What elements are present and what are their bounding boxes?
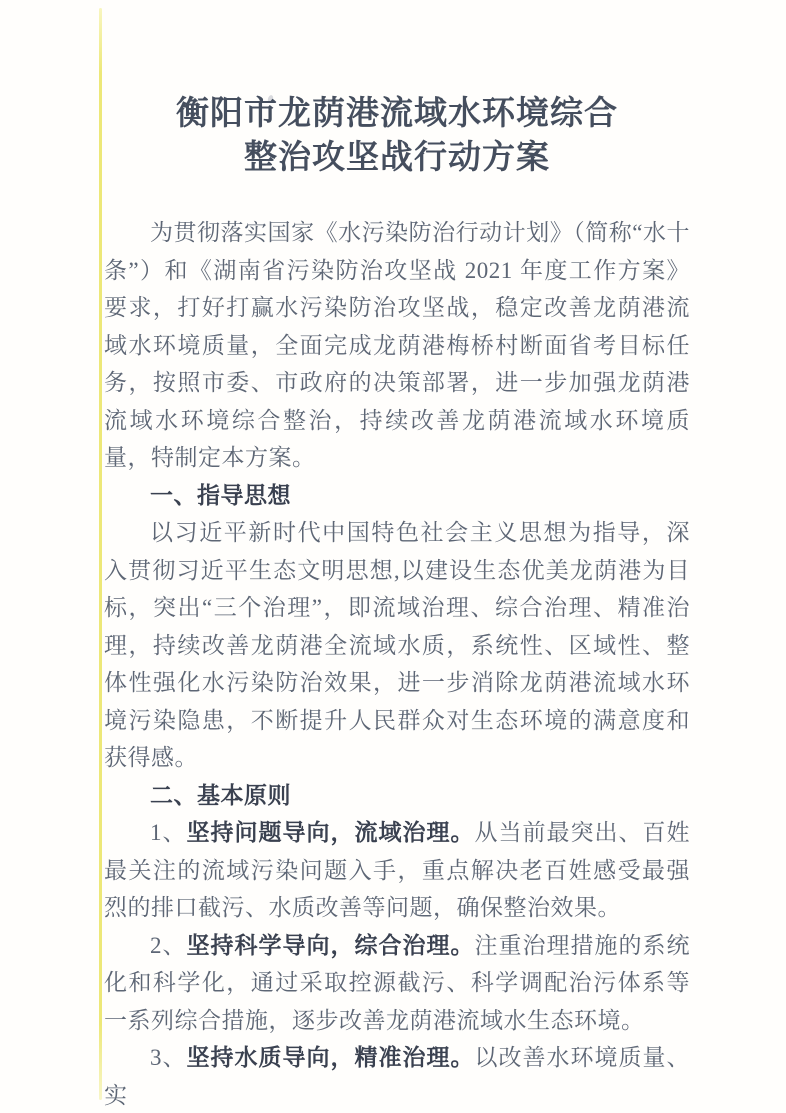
document-content: 衡阳市龙荫港流域水环境综合 整治攻坚战行动方案 为贯彻落实国家《水污染防治行动计… xyxy=(104,92,690,1113)
document-page: 衡阳市龙荫港流域水环境综合 整治攻坚战行动方案 为贯彻落实国家《水污染防治行动计… xyxy=(0,0,786,1113)
document-body: 为贯彻落实国家《水污染防治行动计划》（简称“水十条”）和《湖南省污染防治攻坚战 … xyxy=(104,214,690,1113)
text-run: 3、 xyxy=(150,1045,187,1070)
text-run: 1、 xyxy=(150,820,187,845)
paragraph: 2、坚持科学导向，综合治理。注重治理措施的系统化和科学化，通过采取控源截污、科学… xyxy=(104,927,690,1040)
left-margin-highlight-line xyxy=(99,8,102,1100)
bold-text-run: 坚持水质导向，精准治理。 xyxy=(187,1044,475,1070)
paragraph: 为贯彻落实国家《水污染防治行动计划》（简称“水十条”）和《湖南省污染防治攻坚战 … xyxy=(104,214,690,477)
bold-text-run: 一、指导思想 xyxy=(150,482,291,508)
bold-text-run: 坚持问题导向，流域治理。 xyxy=(187,819,475,845)
bold-text-run: 二、基本原则 xyxy=(150,782,291,808)
document-title: 衡阳市龙荫港流域水环境综合 整治攻坚战行动方案 xyxy=(104,92,690,180)
text-run: 为贯彻落实国家《水污染防治行动计划》（简称“水十条”）和《湖南省污染防治攻坚战 … xyxy=(104,220,690,470)
text-run: 2、 xyxy=(150,933,187,958)
section-heading: 二、基本原则 xyxy=(104,777,690,815)
title-line-1: 衡阳市龙荫港流域水环境综合 xyxy=(104,92,690,136)
bold-text-run: 坚持科学导向，综合治理。 xyxy=(187,932,475,958)
title-line-2: 整治攻坚战行动方案 xyxy=(104,136,690,180)
paragraph: 以习近平新时代中国特色社会主义思想为指导，深入贯彻习近平生态文明思想,以建设生态… xyxy=(104,514,690,777)
section-heading: 一、指导思想 xyxy=(104,477,690,515)
paragraph: 3、坚持水质导向，精准治理。以改善水环境质量、实 xyxy=(104,1039,690,1113)
text-run: 以习近平新时代中国特色社会主义思想为指导，深入贯彻习近平生态文明思想,以建设生态… xyxy=(104,520,690,770)
paragraph: 1、坚持问题导向，流域治理。从当前最突出、百姓最关注的流域污染问题入手，重点解决… xyxy=(104,814,690,927)
